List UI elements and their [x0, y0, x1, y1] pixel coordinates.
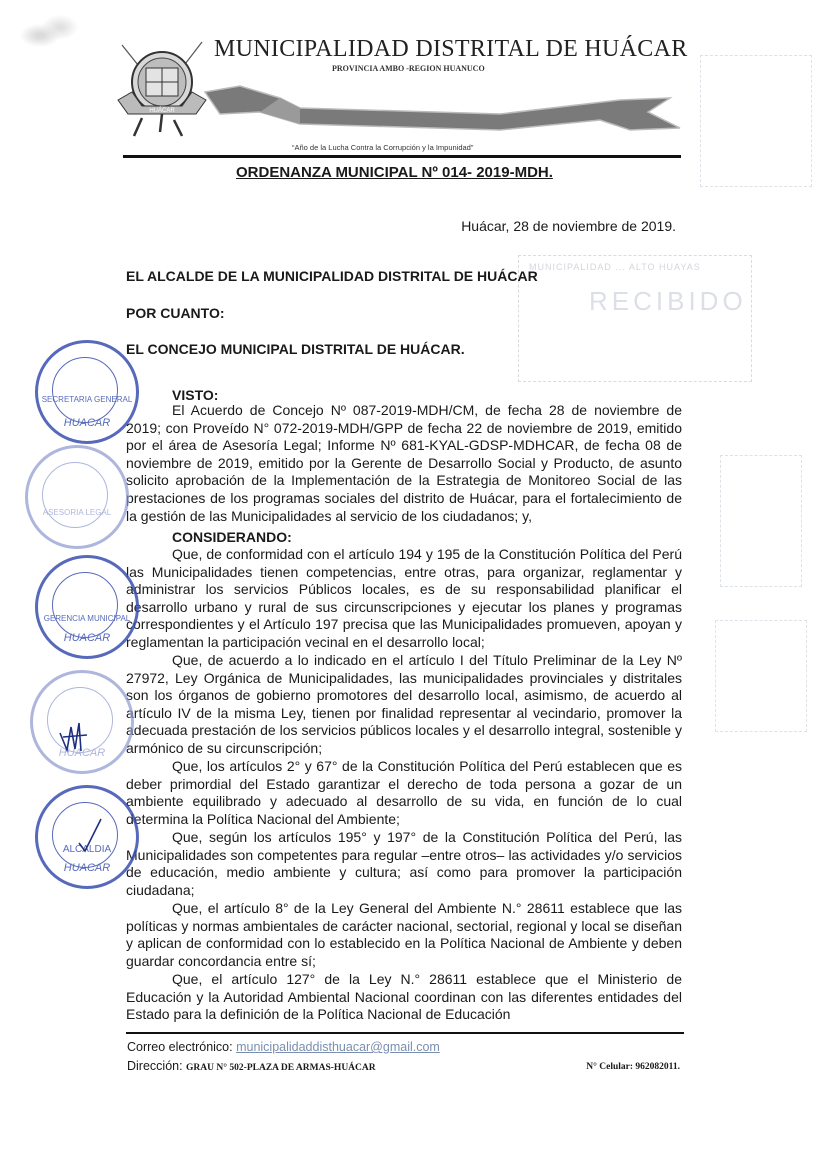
considerando-heading: CONSIDERANDO:: [172, 529, 292, 545]
considerando-paragraph: Que, los artículos 2° y 67° de la Consti…: [126, 758, 682, 828]
seal-gerencia-municipal: GERENCIA MUNICIPAL HUACAR: [35, 555, 139, 659]
signature-icon: [55, 715, 95, 755]
svg-text:HUÁCAR: HUÁCAR: [149, 107, 175, 114]
footer-phone: N° Celular: 962082011.: [586, 1062, 680, 1072]
preamble-concejo: EL CONCEJO MUNICIPAL DISTRITAL DE HUÁCAR…: [126, 341, 465, 357]
email-link[interactable]: municipalidaddisthuacar@gmail.com: [236, 1040, 440, 1054]
considerando-paragraph: Que, según los artículos 195° y 197° de …: [126, 829, 682, 899]
seal-secretaria-general: SECRETARIA GENERAL HUACAR: [35, 340, 139, 444]
considerando-paragraph: Que, de conformidad con el artículo 194 …: [126, 546, 682, 652]
received-stamp-faint: [700, 55, 812, 187]
document-date: Huácar, 28 de noviembre de 2019.: [461, 218, 676, 234]
visto-heading: VISTO:: [172, 387, 218, 403]
address-value: GRAU N° 502-PLAZA DE ARMAS-HUÁCAR: [186, 1063, 376, 1073]
considerando-paragraph: Que, el artículo 127° de la Ley N.° 2861…: [126, 971, 682, 1024]
municipality-name: MUNICIPALIDAD DISTRITAL DE HUÁCAR: [214, 36, 688, 63]
year-motto: “Año de la Lucha Contra la Corrupción y …: [292, 143, 473, 152]
province-region: PROVINCIA AMBO -REGION HUANUCO: [332, 64, 485, 73]
municipal-crest-icon: HUÁCAR: [112, 40, 212, 140]
signature-check-icon: [75, 815, 105, 855]
header-divider: [123, 155, 681, 158]
footer-email-row: Correo electrónico: municipalidaddisthua…: [127, 1040, 440, 1054]
faint-stamp: [715, 620, 807, 732]
considerando-paragraph: Que, el artículo 8° de la Ley General de…: [126, 900, 682, 970]
preamble-por-cuanto: POR CUANTO:: [126, 305, 225, 321]
scan-smudge: [8, 8, 88, 63]
considerando-paragraph: Que, de acuerdo a lo indicado en el artí…: [126, 652, 682, 758]
visto-paragraph: El Acuerdo de Concejo Nº 087-2019-MDH/CM…: [126, 402, 682, 525]
ordinance-title: ORDENANZA MUNICIPAL Nº 014- 2019-MDH.: [236, 164, 553, 181]
email-label: Correo electrónico:: [127, 1040, 236, 1054]
preamble-alcalde: EL ALCALDE DE LA MUNICIPALIDAD DISTRITAL…: [126, 268, 538, 284]
faint-stamp: [720, 455, 802, 587]
received-stamp: MUNICIPALIDAD ... ALTO HUAYAS RECIBIDO: [518, 255, 752, 382]
address-label: Dirección:: [127, 1059, 186, 1073]
footer-address-row: Dirección: GRAU N° 502-PLAZA DE ARMAS-HU…: [127, 1059, 376, 1073]
seal-asesoria-legal: ASESORIA LEGAL: [25, 445, 129, 549]
ribbon-banner-icon: [200, 78, 700, 136]
footer-divider: [126, 1032, 684, 1034]
